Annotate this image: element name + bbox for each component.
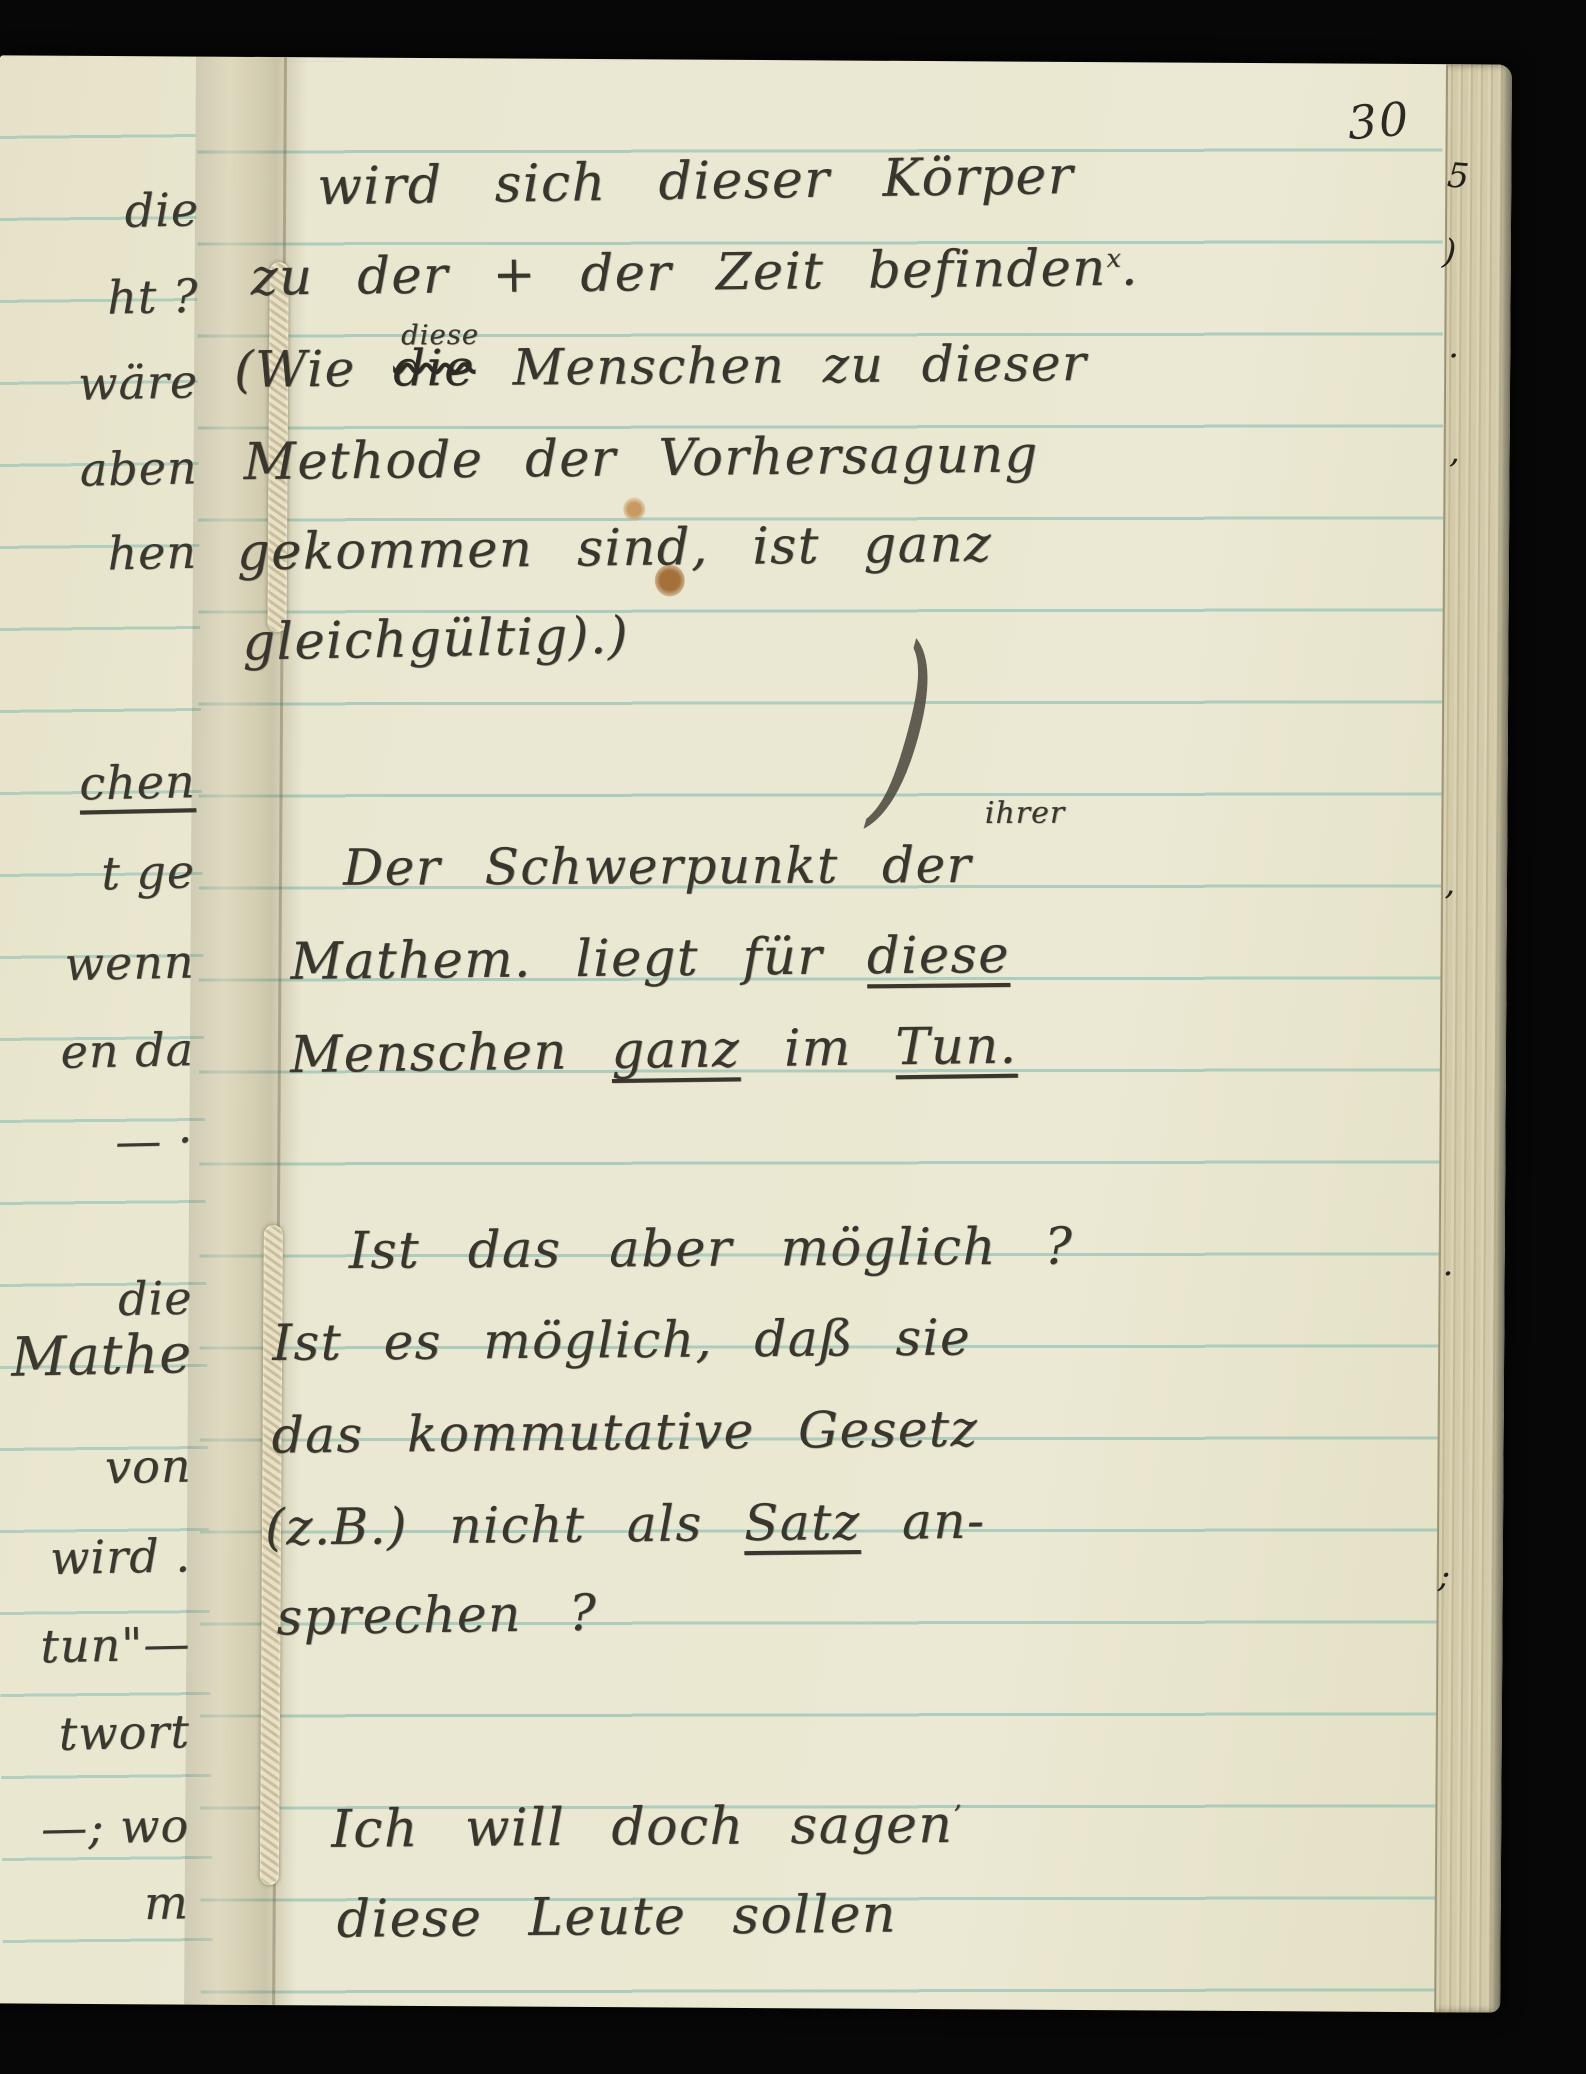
left-page-text-fragment: — · xyxy=(0,1112,254,1171)
handwriting-text: Mathem. liegt für xyxy=(290,927,867,992)
handwriting-text: . xyxy=(1121,239,1139,298)
handwriting-text: zu der + der Zeit befinden xyxy=(250,239,1107,308)
left-page-text-fragment: aben xyxy=(0,440,228,499)
handwritten-line: wird sich dieser Körper xyxy=(317,146,1075,217)
fragment-text: die xyxy=(124,182,199,237)
notebook-page-spread: 30 wird sich dieser Körper zu der + der … xyxy=(0,55,1512,2012)
handwritten-line: sprechen ? xyxy=(276,1584,598,1647)
notebook-scan-photo: 30 wird sich dieser Körper zu der + der … xyxy=(0,0,1586,2074)
handwriting-text: Menschen xyxy=(290,1022,612,1085)
left-page-text-fragment: ht ? xyxy=(0,268,257,327)
handwritten-line: diese Leute sollen xyxy=(336,1884,897,1949)
left-page-text-fragment: chen xyxy=(0,754,210,812)
fragment-text: en da xyxy=(60,1022,194,1079)
fragment-text: hen xyxy=(107,525,198,581)
left-page-text-fragment: hen xyxy=(0,524,253,583)
left-page-text-fragment: wenn xyxy=(0,934,235,993)
page-edge-stack xyxy=(1434,64,1512,2012)
left-page-text-fragment: wäre xyxy=(0,354,223,412)
correction: diediese xyxy=(393,339,476,398)
underlined-word: Tun. xyxy=(895,1017,1018,1078)
handwritten-line: Ist das aber möglich ? xyxy=(349,1218,1074,1281)
handwritten-line: Ich will doch sagen’ xyxy=(331,1795,962,1860)
left-page-text-fragment: die xyxy=(0,1270,247,1329)
left-page-text-fragment: t ge xyxy=(0,844,232,903)
fragment-text: twort xyxy=(58,1704,190,1761)
handwritten-line: gekommen sind, ist ganz xyxy=(237,515,993,583)
left-page-text-fragment: von xyxy=(0,1438,236,1497)
handwriting-text: (Wie xyxy=(234,340,393,399)
left-page-text-fragment: Mathe xyxy=(0,1322,201,1389)
footnote-mark: x xyxy=(1106,244,1121,274)
fragment-text: chen xyxy=(79,754,196,810)
handwriting-text: Methode der Vorhersagung xyxy=(243,425,1039,492)
handwritten-line: Der Schwerpunkt der ihrer xyxy=(343,836,972,897)
left-page-text-fragment: —; wo xyxy=(0,1798,214,1856)
handwriting-text: das kommutative Gesetz xyxy=(271,1400,978,1465)
handwriting-text: Der Schwerpunkt der xyxy=(343,836,972,897)
fragment-text: Mathe xyxy=(11,1322,193,1389)
handwriting-text: (z.B.) nicht als xyxy=(265,1494,745,1557)
handwriting-text: sprechen ? xyxy=(276,1584,598,1647)
left-page-text-fragment: tun"— xyxy=(0,1616,219,1675)
left-page-text-fragment: m xyxy=(0,1873,284,1933)
fragment-text: m xyxy=(144,1875,190,1930)
fragment-text: t ge xyxy=(101,844,196,900)
fragment-text: tun"— xyxy=(40,1616,191,1673)
handwriting-text: an- xyxy=(860,1492,985,1551)
left-page-text-fragment: twort xyxy=(0,1704,214,1762)
handwritten-line: (Wie diediese Menschen zu dieser xyxy=(234,334,1088,399)
handwriting-text: Ist es möglich, daß sie xyxy=(272,1308,971,1371)
underlined-word: ganz xyxy=(611,1020,741,1081)
handwritten-line: zu der + der Zeit befindenx. xyxy=(250,239,1139,308)
fragment-text: von xyxy=(105,1439,192,1495)
handwriting-text: im xyxy=(740,1018,896,1079)
fragment-text: die xyxy=(117,1271,192,1326)
handwriting-text: wird sich dieser Körper xyxy=(317,146,1075,217)
edge-ink-mark: 5 xyxy=(1446,156,1471,198)
fragment-text: ht ? xyxy=(107,269,199,325)
footnote-mark: ’ xyxy=(953,1801,962,1831)
fragment-text: wenn xyxy=(64,934,195,991)
page-number: 30 xyxy=(1346,91,1413,150)
handwriting-text: gekommen sind, ist ganz xyxy=(237,515,993,583)
inserted-word: ihrer xyxy=(985,796,1066,831)
handwritten-line: Mathem. liegt für diese xyxy=(290,926,1010,992)
underlined-word: Satz xyxy=(744,1493,861,1552)
handwriting-text: Ist das aber möglich ? xyxy=(349,1218,1074,1281)
fragment-text: wird . xyxy=(50,1528,192,1585)
handwriting-text: Ich will doch sagen xyxy=(331,1795,954,1860)
fragment-text: —; wo xyxy=(40,1798,189,1855)
handwritten-line: Methode der Vorhersagung xyxy=(243,425,1039,492)
paper-stain xyxy=(623,497,645,521)
handwriting-text: gleichgültig).) xyxy=(242,607,630,673)
fragment-text: aben xyxy=(79,440,198,496)
handwritten-line: gleichgültig).) xyxy=(242,607,630,673)
left-page-text-fragment: die xyxy=(0,182,230,241)
handwritten-line: (z.B.) nicht als Satz an- xyxy=(265,1492,986,1557)
handwritten-line: Menschen ganz im Tun. xyxy=(290,1017,1018,1086)
inserted-word: diese xyxy=(401,319,479,352)
handwriting-text: diese Leute sollen xyxy=(336,1884,897,1949)
handwriting-text: Menschen zu dieser xyxy=(475,334,1088,397)
handwritten-line: Ist es möglich, daß sie xyxy=(272,1308,971,1371)
fragment-text: — · xyxy=(115,1113,194,1169)
left-page-text-fragment: en da xyxy=(0,1022,212,1080)
fragment-text: wäre xyxy=(77,354,198,410)
handwritten-line: das kommutative Gesetz xyxy=(271,1400,978,1465)
left-page-text-fragment: wird . xyxy=(0,1528,215,1586)
underlined-word: diese xyxy=(867,926,1011,986)
